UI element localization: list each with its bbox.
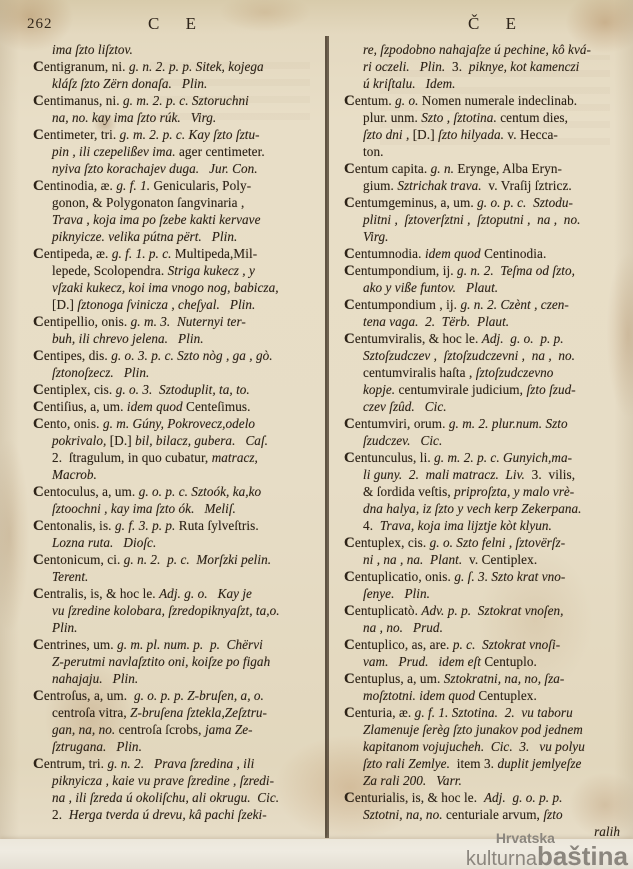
text-line: Centum. g. o. Nomen numerale indeclinab. <box>344 92 624 109</box>
text-line: Centumviri, orum. g. m. 2. plur.num. Szt… <box>344 415 624 432</box>
text-line: Macrob. <box>33 466 325 483</box>
text-line: ſzto dni , [D.] ſzto hilyada. v. Hecca- <box>344 126 624 143</box>
watermark: Hrvatska kulturnabaština <box>466 831 628 869</box>
text-line: Centonalis, is. g. f. 3. p. p. Ruta ſylv… <box>33 517 325 534</box>
text-line: ako y viße funtov. Plaut. <box>344 279 624 296</box>
text-line: gium. Sztrichak trava. v. Vraſij ſztricz… <box>344 177 624 194</box>
text-line: piknyicze. velika pútna përt. Plin. <box>33 228 325 245</box>
text-line: czev ſzûd. Cic. <box>344 398 624 415</box>
text-line: plitni , ſztoverſztni , ſztoputni , na ,… <box>344 211 624 228</box>
text-line: [D.] ſztonoga ſvinicza , cheſyal. Plin. <box>33 296 325 313</box>
text-line: piknyicza , kaie vu prave ſzredine , ſzr… <box>33 772 325 789</box>
text-line: Z-perutmi navlaſztito oni, koiſze po fig… <box>33 653 325 670</box>
text-line: ſztonoſzecz. Plin. <box>33 364 325 381</box>
text-line: Trava , koja ima po ſzebe kakti kervave <box>33 211 325 228</box>
watermark-line2: kulturnabaština <box>466 843 628 869</box>
book-page: 262 C E Č E ima ſzto liſztov.Centigranum… <box>0 0 633 869</box>
text-line: li guny. 2. mali matracz. Liv. 3. vilis, <box>344 466 624 483</box>
text-line: Centurialis, is, & hoc le. Adj. g. o. p.… <box>344 789 624 806</box>
text-line: pin , ili czepelißev ima. ager centimete… <box>33 143 325 160</box>
text-line: Centigranum, ni. g. n. 2. p. p. Sitek, k… <box>33 58 325 75</box>
text-line: gonon, & Polygonaton ſangvinaria , <box>33 194 325 211</box>
text-line: Centumnodia. idem quod Centinodia. <box>344 245 624 262</box>
text-line: Centralis, is, & hoc le. Adj. g. o. Kay … <box>33 585 325 602</box>
text-line: ſztoochni , kay ima ſzto ók. Meliſ. <box>33 500 325 517</box>
text-line: centroſa vitra, Z-bruſena ſztekla,Zeſztr… <box>33 704 325 721</box>
text-line: centumviralis haſta , ſztoſzudczevno <box>344 364 624 381</box>
text-line: Centumpondium, ij. g. n. 2. Teſma od ſzt… <box>344 262 624 279</box>
text-line: Centroſus, a, um. g. o. p. p. Z-bruſen, … <box>33 687 325 704</box>
text-line: Sztotni, na, no. centuriale arvum, ſzto <box>344 806 624 823</box>
text-line: vſzaki kukecz, koi ima vnogo nog, babicz… <box>33 279 325 296</box>
text-line: nyiva ſzto korachajev duga. Jur. Con. <box>33 160 325 177</box>
text-line: Lozna ruta. Dioſc. <box>33 534 325 551</box>
text-line: Centipes, dis. g. o. 3. p. c. Szto nòg ,… <box>33 347 325 364</box>
text-line: Centuplicatò. Adv. p. p. Sztokrat vnoſen… <box>344 602 624 619</box>
text-line: Centuplicatio, onis. g. ſ. 3. Szto krat … <box>344 568 624 585</box>
text-line: ima ſzto liſztov. <box>33 41 325 58</box>
text-line: Plin. <box>33 619 325 636</box>
text-line: pokrivalo, [D.] bil, bilacz, gubera. Caſ… <box>33 432 325 449</box>
text-line: Cento, onis. g. m. Gúny, Pokrovecz,odelo <box>33 415 325 432</box>
text-line: Centrines, um. g. m. pl. num. p. p. Chër… <box>33 636 325 653</box>
text-line: lepede, Scolopendra. Striga kukecz , y <box>33 262 325 279</box>
text-line: ni , na , na. Plant. v. Centiplex. <box>344 551 624 568</box>
text-line: nahajaju. Plin. <box>33 670 325 687</box>
column-header-right: Č E <box>468 14 527 34</box>
text-line: Sztoſzudczev , ſztoſzudczevni , na , no. <box>344 347 624 364</box>
text-line: Centimeter, tri. g. m. 2. p. c. Kay ſzto… <box>33 126 325 143</box>
text-line: Centumpondium , ij. g. n. 2. Czènt , cze… <box>344 296 624 313</box>
text-line: Centuplico, as, are. p. c. Sztokrat vnoſ… <box>344 636 624 653</box>
text-line: na, no. kay ima ſzto rúk. Virg. <box>33 109 325 126</box>
text-line: 2. Herga tverda ú drevu, kâ pachi ſzeki- <box>33 806 325 823</box>
text-line: na , no. Prud. <box>344 619 624 636</box>
stain <box>200 0 330 40</box>
text-line: ri oczeli. Plin. 3. piknye, kot kamenczi <box>344 58 624 75</box>
text-line: Centipeda, æ. g. f. 1. p. c. Multipeda,M… <box>33 245 325 262</box>
right-column: re, ſzpodobno nahajaſze ú pechine, kô kv… <box>344 41 624 840</box>
text-line: tena vaga. 2. Tërb. Plaut. <box>344 313 624 330</box>
text-line: Centumviralis, & hoc le. Adj. g. o. p. p… <box>344 330 624 347</box>
text-line: Za rali 200. Varr. <box>344 772 624 789</box>
text-line: Centimanus, ni. g. m. 2. p. c. Sztoruchn… <box>33 92 325 109</box>
text-line: vam. Prud. idem eſt Centuplo. <box>344 653 624 670</box>
text-line: kláſz ſzto Zërn donaſa. Plin. <box>33 75 325 92</box>
text-line: ſzudczev. Cic. <box>344 432 624 449</box>
text-line: moſztotni. idem quod Centuplex. <box>344 687 624 704</box>
text-line: Centinodia, æ. g. f. 1. Genicularis, Pol… <box>33 177 325 194</box>
text-line: & ſordida veſtis, priproſzta, y malo vrè… <box>344 483 624 500</box>
text-line: Virg. <box>344 228 624 245</box>
text-line: Zlamenuje ſerèg ſzto junakov pod jednem <box>344 721 624 738</box>
text-line: Centoculus, a, um. g. o. p. c. Sztoók, k… <box>33 483 325 500</box>
watermark-bastina: baština <box>537 841 628 869</box>
column-divider <box>325 36 329 838</box>
text-line: ſzto rali Zemlye. item 3. duplit jemlyeſ… <box>344 755 624 772</box>
text-line: plur. unm. Szto , ſztotina. centum dies, <box>344 109 624 126</box>
page-number: 262 <box>27 16 53 33</box>
left-column: ima ſzto liſztov.Centigranum, ni. g. n. … <box>33 41 325 823</box>
text-line: Centrum, tri. g. n. 2. Prava ſzredina , … <box>33 755 325 772</box>
text-line: kopje. centumvirale judicium, ſzto ſzud- <box>344 381 624 398</box>
text-line: gan, na, no. centroſa ſcrobs, jama Ze- <box>33 721 325 738</box>
stain <box>0 400 37 670</box>
text-line: Centiplex, cis. g. o. 3. Sztoduplit, ta,… <box>33 381 325 398</box>
text-line: Centumgeminus, a, um. g. o. p. c. Sztodu… <box>344 194 624 211</box>
text-line: dna halya, iz ſzto y vech kerp Zekerpana… <box>344 500 624 517</box>
text-line: vu ſzredine kolobara, ſzredopiknyaſzt, t… <box>33 602 325 619</box>
text-line: kapitanom vojujucheh. Cic. 3. vu polyu <box>344 738 624 755</box>
text-line: Centuplus, a, um. Sztokratni, na, no, ſz… <box>344 670 624 687</box>
text-line: re, ſzpodobno nahajaſze ú pechine, kô kv… <box>344 41 624 58</box>
text-line: buh, ili chrevo jelena. Plin. <box>33 330 325 347</box>
text-line: ú kriſtalu. Idem. <box>344 75 624 92</box>
watermark-kulturna: kulturna <box>466 848 537 869</box>
column-header-left: C E <box>148 14 207 34</box>
text-line: Centuplex, cis. g. o. Szto felni , ſztov… <box>344 534 624 551</box>
text-line: 4. Trava, koja ima lijztje kòt klyun. <box>344 517 624 534</box>
text-line: ſztrugana. Plin. <box>33 738 325 755</box>
text-line: Centiſius, a, um. idem quod Centeſimus. <box>33 398 325 415</box>
text-line: ton. <box>344 143 624 160</box>
text-line: Centonicum, ci. g. n. 2. p. c. Morſzki p… <box>33 551 325 568</box>
text-line: Centunculus, li. g. m. 2. p. c. Gunyich,… <box>344 449 624 466</box>
text-line: na , ili ſzreda ú okoliſchu, ali okrugu.… <box>33 789 325 806</box>
text-line: ſenye. Plin. <box>344 585 624 602</box>
text-line: Centuria, æ. g. f. 1. Sztotina. 2. vu ta… <box>344 704 624 721</box>
text-line: 2. ſtragulum, in quo cubatur, matracz, <box>33 449 325 466</box>
text-line: Centum capita. g. n. Erynge, Alba Eryn- <box>344 160 624 177</box>
text-line: Centipellio, onis. g. m. 3. Nuternyi ter… <box>33 313 325 330</box>
text-line: Terent. <box>33 568 325 585</box>
